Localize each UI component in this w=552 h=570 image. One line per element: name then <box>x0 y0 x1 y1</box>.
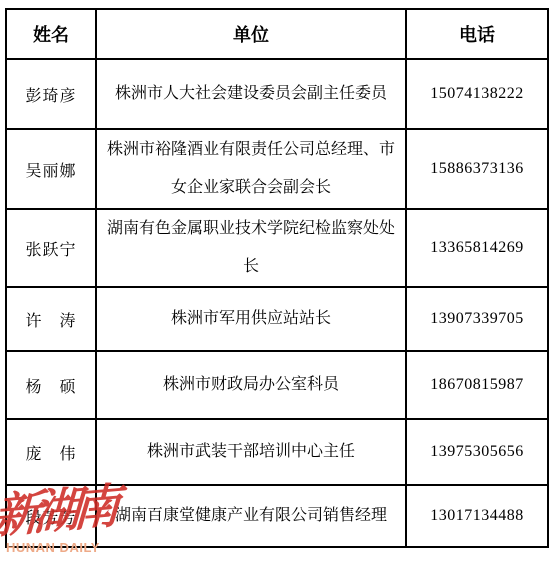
table-row: 吴丽娜 株洲市裕隆酒业有限责任公司总经理、市女企业家联合会副会长 1588637… <box>6 129 548 209</box>
table-row: 杨 硕 株洲市财政局办公室科员 18670815987 <box>6 351 548 419</box>
name-cell: 段芳芳 <box>6 485 96 547</box>
unit-cell: 株洲市人大社会建设委员会副主任委员 <box>96 59 406 129</box>
phone-cell: 15886373136 <box>406 129 548 209</box>
table-row: 张跃宁 湖南有色金属职业技术学院纪检监察处处长 13365814269 <box>6 209 548 287</box>
unit-cell: 湖南有色金属职业技术学院纪检监察处处长 <box>96 209 406 287</box>
phone-cell: 18670815987 <box>406 351 548 419</box>
unit-cell: 株洲市军用供应站站长 <box>96 287 406 351</box>
contact-table: 姓名 单位 电话 彭琦彦 株洲市人大社会建设委员会副主任委员 150741382… <box>5 8 549 548</box>
name-cell: 彭琦彦 <box>6 59 96 129</box>
table-row: 许 涛 株洲市军用供应站站长 13907339705 <box>6 287 548 351</box>
table-header-row: 姓名 单位 电话 <box>6 9 548 59</box>
name-cell: 杨 硕 <box>6 351 96 419</box>
table-row: 庞 伟 株洲市武装干部培训中心主任 13975305656 <box>6 419 548 485</box>
unit-cell: 株洲市财政局办公室科员 <box>96 351 406 419</box>
phone-cell: 13365814269 <box>406 209 548 287</box>
unit-cell: 株洲市武装干部培训中心主任 <box>96 419 406 485</box>
name-cell: 庞 伟 <box>6 419 96 485</box>
phone-cell: 13017134488 <box>406 485 548 547</box>
phone-cell: 13907339705 <box>406 287 548 351</box>
unit-cell: 株洲市裕隆酒业有限责任公司总经理、市女企业家联合会副会长 <box>96 129 406 209</box>
table-row: 彭琦彦 株洲市人大社会建设委员会副主任委员 15074138222 <box>6 59 548 129</box>
table-row: 段芳芳 湖南百康堂健康产业有限公司销售经理 13017134488 <box>6 485 548 547</box>
name-cell: 许 涛 <box>6 287 96 351</box>
name-cell: 吴丽娜 <box>6 129 96 209</box>
header-phone: 电话 <box>406 9 548 59</box>
phone-cell: 13975305656 <box>406 419 548 485</box>
phone-cell: 15074138222 <box>406 59 548 129</box>
unit-cell: 湖南百康堂健康产业有限公司销售经理 <box>96 485 406 547</box>
header-unit: 单位 <box>96 9 406 59</box>
name-cell: 张跃宁 <box>6 209 96 287</box>
contact-table-page: 姓名 单位 电话 彭琦彦 株洲市人大社会建设委员会副主任委员 150741382… <box>0 0 552 570</box>
header-name: 姓名 <box>6 9 96 59</box>
